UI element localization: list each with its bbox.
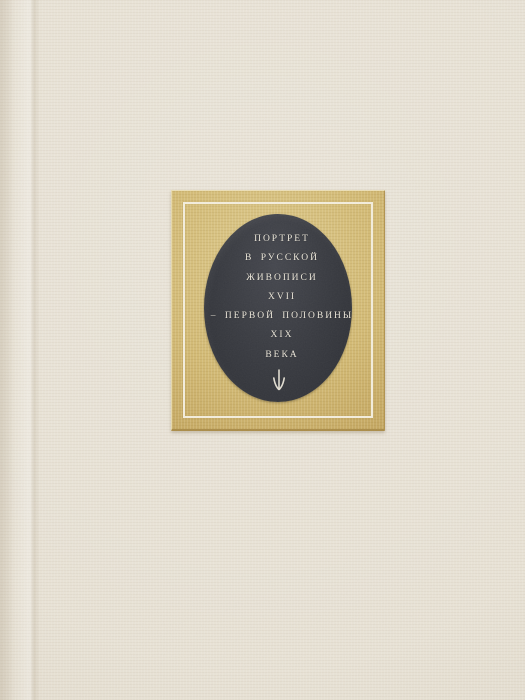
publisher-mark-icon	[270, 367, 288, 393]
title-line: XVII	[208, 288, 356, 307]
title-line: ЖИВОПИСИ	[208, 269, 356, 288]
title-line: XIX	[208, 326, 356, 345]
title-oval: ПОРТРЕТ В РУССКОЙ ЖИВОПИСИ XVII – ПЕРВОЙ…	[204, 214, 352, 402]
book-cover-photo: ПОРТРЕТ В РУССКОЙ ЖИВОПИСИ XVII – ПЕРВОЙ…	[0, 0, 525, 700]
title-panel: ПОРТРЕТ В РУССКОЙ ЖИВОПИСИ XVII – ПЕРВОЙ…	[171, 190, 385, 431]
title-line: ПОРТРЕТ	[208, 230, 356, 249]
book-spine-hinge	[0, 0, 42, 700]
title-line: – ПЕРВОЙ ПОЛОВИНЫ	[208, 307, 356, 326]
title-line: В РУССКОЙ	[208, 249, 356, 268]
title-line: ВЕКА	[208, 346, 356, 365]
